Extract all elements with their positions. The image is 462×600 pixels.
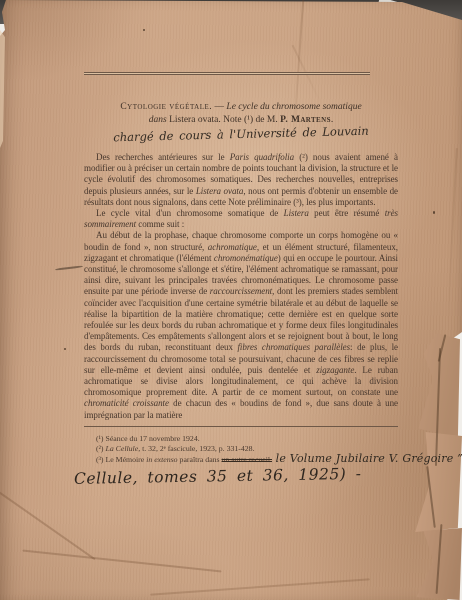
body-paragraph: Au début de la prophase, chaque chromoso… bbox=[84, 230, 398, 420]
article-body: Des recherches antérieures sur le Paris … bbox=[84, 152, 398, 421]
article-title: Cytologie végétale. — Le cycle du chromo… bbox=[84, 101, 398, 127]
printed-content: Cytologie végétale. — Le cycle du chromo… bbox=[84, 0, 398, 485]
footnote-3: (³) Le Mémoire in extenso paraîtra dans … bbox=[84, 454, 398, 465]
bottom-handwritten-note: Cellule, tomes 35 et 36, 1925) - bbox=[74, 464, 398, 488]
footnotes: (¹) Séance du 17 novembre 1924. (²) La C… bbox=[84, 434, 398, 464]
body-paragraph: Le cycle vital d'un chromosome somatique… bbox=[84, 208, 398, 230]
header-rule bbox=[84, 72, 370, 75]
footnote-1: (¹) Séance du 17 novembre 1924. bbox=[84, 434, 398, 444]
body-paragraph: Des recherches antérieures sur le Paris … bbox=[84, 152, 398, 208]
article-title-line-1: Cytologie végétale. — Le cycle du chromo… bbox=[84, 101, 398, 114]
footnote-rule bbox=[84, 426, 398, 428]
ink-speck bbox=[64, 348, 66, 350]
ink-speck bbox=[433, 211, 435, 214]
scanned-document-photo: Cytologie végétale. — Le cycle du chromo… bbox=[0, 0, 462, 600]
